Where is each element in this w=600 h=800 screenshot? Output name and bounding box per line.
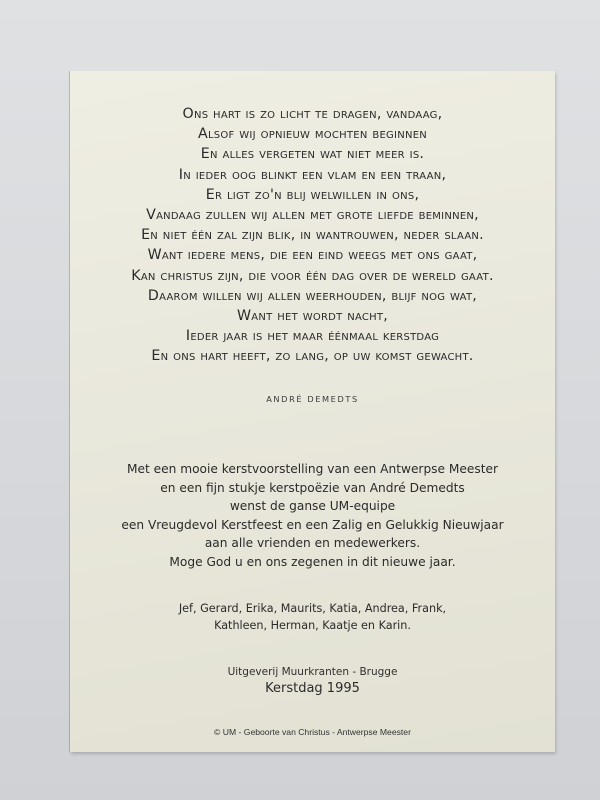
poem-line: Ons hart is zo licht te dragen, vandaag, xyxy=(70,104,555,124)
greeting-line: en een fijn stukje kerstpoëzie van André… xyxy=(70,479,555,498)
poem-line: en ons hart heeft, zo lang, op uw komst … xyxy=(70,346,555,366)
poem-line: er ligt zo'n blij welwillen in ons, xyxy=(70,185,555,205)
greeting-line: wenst de ganse UM-equipe xyxy=(70,497,555,516)
poem-line: Want iedere mens, die een eind weegs met… xyxy=(70,245,555,265)
poem-line: want het wordt nacht, xyxy=(70,306,555,326)
copyright-notice: © UM - Geboorte van Christus - Antwerpse… xyxy=(70,727,555,737)
poem-line: en niet één zal zijn blik, in wantrouwen… xyxy=(70,225,555,245)
poem-line: vandaag zullen wij allen met grote liefd… xyxy=(70,205,555,225)
christmas-card: Ons hart is zo licht te dragen, vandaag,… xyxy=(70,71,555,752)
poem-line: ieder jaar is het maar éénmaal Kerstdag xyxy=(70,326,555,346)
signature-line: Jef, Gerard, Erika, Maurits, Katia, Andr… xyxy=(70,601,555,618)
greeting-message: Met een mooie kerstvoorstelling van een … xyxy=(70,460,555,572)
poem-line: In ieder oog blinkt een vlam en een traa… xyxy=(70,165,555,185)
greeting-line: Moge God u en ons zegenen in dit nieuwe … xyxy=(70,553,555,572)
poem-line: alsof wij opnieuw mochten beginnen xyxy=(70,124,555,144)
poem-line: kan Christus zijn, die voor één dag over… xyxy=(70,266,555,286)
signature-line: Kathleen, Herman, Kaatje en Karin. xyxy=(70,618,555,635)
poem: Ons hart is zo licht te dragen, vandaag,… xyxy=(70,104,555,366)
greeting-line: een Vreugdevol Kerstfeest en een Zalig e… xyxy=(70,516,555,535)
poem-line: Daarom willen wij allen weerhouden, blij… xyxy=(70,286,555,306)
signatures: Jef, Gerard, Erika, Maurits, Katia, Andr… xyxy=(70,601,555,634)
publisher: Uitgeverij Muurkranten - Brugge xyxy=(70,666,555,678)
poem-author: ANDRÉ DEMEDTS xyxy=(70,394,555,404)
greeting-line: aan alle vrienden en medewerkers. xyxy=(70,534,555,553)
card-date: Kerstdag 1995 xyxy=(70,681,555,696)
poem-line: en alles vergeten wat niet meer is. xyxy=(70,144,555,164)
greeting-line: Met een mooie kerstvoorstelling van een … xyxy=(70,460,555,479)
